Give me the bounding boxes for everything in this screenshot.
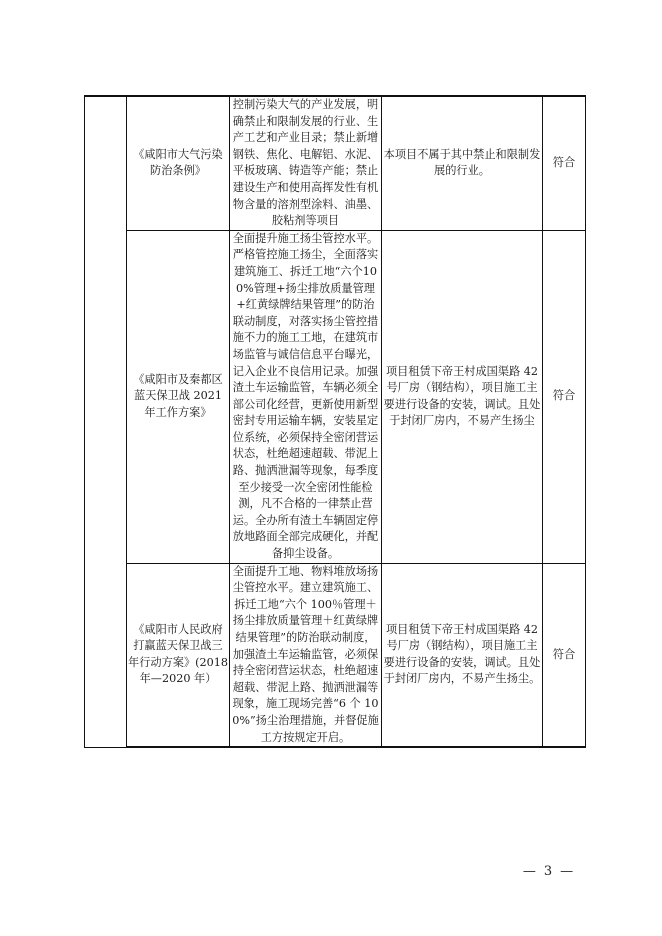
category-cell bbox=[85, 96, 127, 747]
requirement-cell: 全面提升工地、物料堆放场扬尘管控水平。建立建筑施工、拆迁工地“六个 100％管理… bbox=[230, 563, 382, 747]
dash-right: — bbox=[560, 864, 573, 879]
page-number: 3 bbox=[544, 864, 552, 879]
table-row: 《咸阳市及秦都区蓝天保卫战 2021 年工作方案》 全面提升施工扬尘管控水平。严… bbox=[85, 230, 586, 563]
project-status-cell: 项目租赁下帝王村成国渠路 42 号厂房（钢结构），项目施工主要进行设备的安装，调… bbox=[382, 563, 543, 747]
table-row: 《咸阳市人民政府打赢蓝天保卫战三年行动方案》(2018 年—2020 年） 全面… bbox=[85, 563, 586, 747]
table-row: 《咸阳市大气污染防治条例》 控制污染大气的产业发展，明确禁止和限制发展的行业、生… bbox=[85, 96, 586, 230]
requirement-cell: 控制污染大气的产业发展，明确禁止和限制发展的行业、生产工艺和产业目录；禁止新增钢… bbox=[230, 96, 382, 230]
conclusion-cell: 符合 bbox=[543, 563, 586, 747]
regulation-cell: 《咸阳市人民政府打赢蓝天保卫战三年行动方案》(2018 年—2020 年） bbox=[127, 563, 230, 747]
conclusion-cell: 符合 bbox=[543, 96, 586, 230]
project-status-cell: 本项目不属于其中禁止和限制发展的行业。 bbox=[382, 96, 543, 230]
compliance-table: 《咸阳市大气污染防治条例》 控制污染大气的产业发展，明确禁止和限制发展的行业、生… bbox=[84, 95, 586, 748]
page-number-footer: —3— bbox=[508, 864, 588, 879]
regulation-cell: 《咸阳市及秦都区蓝天保卫战 2021 年工作方案》 bbox=[127, 230, 230, 563]
dash-left: — bbox=[523, 864, 536, 879]
regulation-cell: 《咸阳市大气污染防治条例》 bbox=[127, 96, 230, 230]
conclusion-cell: 符合 bbox=[543, 230, 586, 563]
project-status-cell: 项目租赁下帝王村成国渠路 42 号厂房（钢结构），项目施工主要进行设备的安装，调… bbox=[382, 230, 543, 563]
document-page: 《咸阳市大气污染防治条例》 控制污染大气的产业发展，明确禁止和限制发展的行业、生… bbox=[0, 0, 662, 936]
requirement-cell: 全面提升施工扬尘管控水平。严格管控施工扬尘，全面落实建筑施工、拆迁工地“六个10… bbox=[230, 230, 382, 563]
